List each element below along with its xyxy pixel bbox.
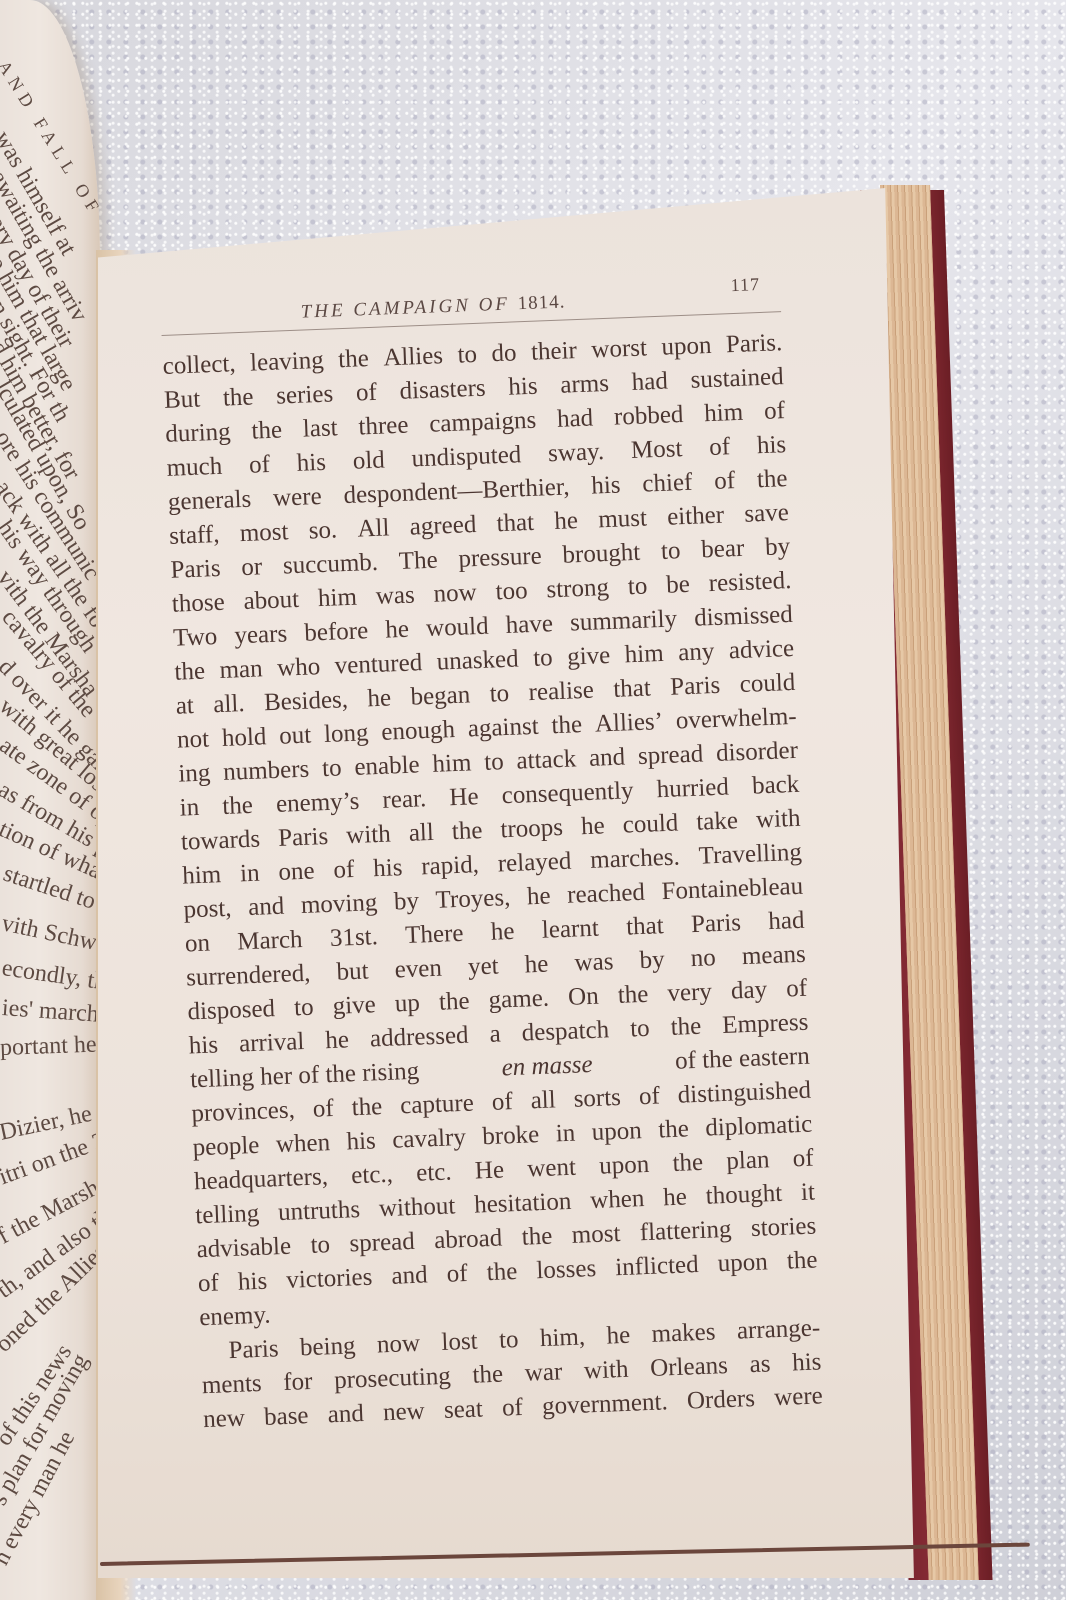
word: losses bbox=[536, 1252, 597, 1288]
word: to bbox=[457, 338, 478, 373]
word: Orleans bbox=[650, 1349, 729, 1386]
word: of bbox=[709, 430, 731, 465]
word: of bbox=[638, 1079, 660, 1114]
word: him bbox=[432, 746, 472, 781]
word: summarily bbox=[569, 602, 677, 640]
word: addressed bbox=[369, 1019, 469, 1057]
word: dismissed bbox=[694, 598, 794, 636]
word: Paris bbox=[170, 552, 221, 588]
word: that bbox=[613, 671, 652, 706]
word: the bbox=[222, 789, 254, 824]
word: capture bbox=[400, 1087, 475, 1124]
word: to bbox=[310, 1228, 331, 1263]
word: before bbox=[304, 614, 369, 650]
word: during bbox=[165, 415, 232, 451]
word: Paris bbox=[670, 669, 721, 705]
word: and bbox=[327, 1397, 364, 1432]
page-text-block: THE CAMPAIGN OF 1814. 117 collect,leavin… bbox=[160, 270, 863, 1437]
word: his bbox=[296, 446, 326, 481]
word: collect, bbox=[162, 347, 236, 384]
word: by bbox=[764, 530, 790, 565]
word: disorder bbox=[715, 734, 798, 771]
word: he bbox=[554, 504, 579, 539]
word: headquarters, bbox=[193, 1160, 328, 1199]
word: inflicted bbox=[615, 1248, 700, 1285]
word: towards bbox=[180, 823, 260, 860]
word: by bbox=[639, 943, 665, 978]
word: Empress bbox=[722, 1006, 809, 1043]
word: Fontainebleau bbox=[661, 870, 804, 909]
word: to bbox=[321, 751, 342, 786]
word: last bbox=[302, 411, 338, 446]
word: realise bbox=[528, 674, 594, 710]
word: the bbox=[472, 1358, 504, 1393]
word: yet bbox=[467, 950, 499, 985]
word: relayed bbox=[497, 845, 572, 882]
word: being bbox=[299, 1329, 356, 1365]
word: Travelling bbox=[698, 836, 802, 874]
word: sorts bbox=[573, 1081, 622, 1117]
word: to bbox=[484, 745, 505, 780]
word: the bbox=[222, 380, 254, 415]
word: generals bbox=[167, 483, 252, 520]
word: a bbox=[489, 1017, 501, 1051]
word: government. bbox=[541, 1385, 668, 1424]
word: or bbox=[241, 550, 263, 585]
word: The bbox=[398, 544, 438, 579]
word: war bbox=[524, 1355, 563, 1390]
word: out bbox=[279, 719, 312, 754]
word: his bbox=[591, 468, 621, 503]
word: could bbox=[739, 666, 796, 702]
word: enable bbox=[354, 748, 420, 784]
word: of bbox=[312, 1092, 334, 1127]
word: means bbox=[741, 938, 806, 974]
word: pressure bbox=[458, 540, 543, 577]
word: rapid, bbox=[421, 848, 480, 884]
word: distinguished bbox=[677, 1074, 812, 1113]
word: arms bbox=[560, 367, 610, 403]
word: and bbox=[391, 1258, 428, 1293]
word: sustained bbox=[690, 360, 784, 398]
word: must bbox=[598, 501, 648, 537]
word: in bbox=[179, 791, 200, 826]
word: give bbox=[567, 639, 611, 675]
word: that bbox=[626, 909, 665, 944]
word: worst bbox=[591, 331, 648, 367]
word: plan bbox=[726, 1143, 770, 1179]
word: the bbox=[658, 1112, 690, 1147]
word: but bbox=[336, 955, 369, 990]
word: those bbox=[171, 586, 225, 622]
word: Most bbox=[630, 432, 683, 468]
word: He bbox=[474, 1153, 504, 1188]
word: their bbox=[530, 334, 577, 370]
word: the bbox=[521, 1220, 553, 1255]
word: the bbox=[174, 655, 206, 690]
word: most bbox=[239, 515, 289, 551]
word: upon bbox=[717, 1245, 768, 1281]
running-head-year: 1814. bbox=[517, 291, 566, 314]
word: his bbox=[237, 1265, 267, 1300]
word: it bbox=[800, 1176, 815, 1211]
word: long bbox=[323, 716, 369, 752]
word: abroad bbox=[434, 1222, 503, 1259]
word: of bbox=[446, 1257, 468, 1292]
word: his bbox=[373, 851, 403, 886]
word: bear bbox=[701, 532, 745, 568]
word: enemy’s bbox=[275, 785, 360, 822]
word: diplomatic bbox=[705, 1108, 813, 1146]
word: He bbox=[449, 780, 479, 815]
word: began bbox=[410, 678, 471, 714]
word: do bbox=[491, 336, 517, 371]
word: arrange- bbox=[736, 1311, 821, 1348]
word: any bbox=[678, 635, 715, 670]
word: one bbox=[278, 855, 315, 890]
word: in bbox=[555, 1117, 576, 1152]
word: 31st. bbox=[329, 920, 378, 956]
word: overwhelm- bbox=[675, 700, 797, 739]
word: up bbox=[394, 987, 420, 1022]
word: be bbox=[666, 568, 691, 603]
word: upon bbox=[599, 1148, 650, 1184]
left-page: AND FALL OF was himself at awaiting the … bbox=[0, 0, 100, 1600]
text-span: of the eastern bbox=[675, 1040, 811, 1079]
word: strong bbox=[546, 571, 610, 607]
word: him bbox=[182, 858, 222, 893]
word: in bbox=[239, 857, 260, 892]
word: the bbox=[451, 814, 483, 849]
word: to bbox=[533, 641, 554, 676]
word: have bbox=[505, 607, 553, 643]
word: with bbox=[755, 802, 801, 838]
word: by bbox=[393, 885, 419, 920]
word: on bbox=[184, 927, 210, 962]
word: was bbox=[574, 945, 614, 980]
word: of bbox=[763, 394, 785, 429]
word: not bbox=[176, 722, 209, 757]
word: agreed bbox=[409, 508, 477, 545]
word: troops bbox=[500, 811, 564, 847]
word: were bbox=[272, 480, 322, 516]
word: numbers bbox=[223, 753, 310, 790]
word: Allies bbox=[383, 339, 444, 375]
word: surrendered, bbox=[186, 957, 311, 996]
page-number: 117 bbox=[730, 274, 760, 296]
word: could bbox=[622, 807, 679, 843]
word: despatch bbox=[521, 1013, 610, 1050]
word: would bbox=[425, 610, 489, 646]
word: was bbox=[375, 578, 415, 613]
left-page-line: portant he should bbox=[0, 1029, 100, 1062]
word: attack bbox=[516, 742, 577, 778]
word: upon bbox=[591, 1114, 642, 1150]
word: enough bbox=[381, 713, 456, 750]
word: with bbox=[583, 1353, 629, 1389]
word: of bbox=[786, 972, 808, 1007]
word: to bbox=[293, 991, 314, 1026]
word: had bbox=[556, 401, 593, 436]
word: had bbox=[631, 365, 668, 400]
word: of bbox=[355, 376, 377, 411]
word: he bbox=[367, 681, 392, 716]
word: had bbox=[768, 904, 805, 939]
word: of bbox=[333, 853, 355, 888]
word: him bbox=[317, 581, 357, 616]
word: Allies’ bbox=[594, 705, 663, 742]
word: ments bbox=[201, 1367, 262, 1403]
word: he bbox=[325, 1023, 350, 1058]
word: the bbox=[338, 342, 370, 377]
word: spread bbox=[637, 737, 704, 773]
word: the bbox=[786, 1243, 818, 1278]
word: undisputed bbox=[411, 438, 522, 476]
word: seat bbox=[443, 1392, 483, 1427]
word: new bbox=[203, 1402, 246, 1438]
word: to bbox=[489, 677, 510, 712]
word: disasters bbox=[399, 372, 486, 409]
running-head-title: THE CAMPAIGN OF 1814. bbox=[300, 291, 565, 323]
word: new bbox=[382, 1395, 425, 1431]
word: the bbox=[617, 978, 649, 1013]
word: of bbox=[501, 1391, 523, 1426]
word: for bbox=[283, 1365, 313, 1400]
left-page-line: ies' march upon Pa bbox=[1, 995, 100, 1035]
word: he bbox=[580, 809, 605, 844]
word: marches. bbox=[590, 840, 681, 877]
word: and bbox=[588, 740, 625, 775]
word: post, bbox=[183, 892, 232, 928]
word: stories bbox=[750, 1210, 817, 1246]
word: moving bbox=[300, 886, 378, 923]
word: either bbox=[667, 499, 725, 535]
word: him, bbox=[539, 1320, 585, 1356]
word: the bbox=[672, 1146, 704, 1181]
word: without bbox=[378, 1189, 456, 1226]
body-text: collect,leavingtheAlliestodotheirworstup… bbox=[162, 311, 864, 1438]
word: Paris bbox=[228, 1332, 279, 1368]
word: he bbox=[606, 1319, 631, 1354]
word: of bbox=[714, 464, 736, 499]
word: him bbox=[624, 637, 664, 672]
word: Orders bbox=[686, 1382, 755, 1419]
word: of bbox=[491, 1085, 513, 1120]
word: series bbox=[276, 377, 334, 413]
word: most bbox=[571, 1217, 621, 1253]
paragraph: collect,leavingtheAlliestodotheirworstup… bbox=[162, 326, 819, 1335]
word: staff, bbox=[169, 518, 221, 554]
word: he bbox=[490, 915, 515, 950]
word: Troyes, bbox=[435, 881, 511, 918]
word: rear. bbox=[382, 782, 427, 818]
word: much bbox=[166, 450, 223, 486]
word: reached bbox=[567, 876, 646, 913]
word: man bbox=[219, 652, 263, 688]
word: the bbox=[351, 1090, 383, 1125]
word: to bbox=[660, 534, 681, 569]
word: very bbox=[667, 975, 713, 1011]
word: now bbox=[433, 576, 477, 612]
word: that bbox=[496, 506, 535, 541]
word: were bbox=[774, 1379, 824, 1415]
word: now bbox=[376, 1327, 420, 1363]
word: campaigns bbox=[429, 404, 537, 442]
word: Besides, bbox=[263, 683, 348, 720]
word: There bbox=[405, 917, 465, 953]
word: unasked bbox=[436, 643, 519, 680]
word: robbed bbox=[613, 398, 684, 435]
word: who bbox=[277, 650, 321, 686]
word: when bbox=[275, 1126, 330, 1162]
word: chief bbox=[642, 466, 693, 502]
word: upon bbox=[661, 329, 712, 365]
word: he bbox=[524, 948, 549, 983]
word: his bbox=[508, 370, 538, 405]
word: hurried bbox=[656, 771, 729, 808]
word: hesitation bbox=[474, 1185, 572, 1223]
word: to bbox=[627, 570, 648, 605]
word: about bbox=[243, 583, 300, 619]
word: consequently bbox=[501, 774, 634, 813]
word: the bbox=[551, 708, 583, 743]
word: three bbox=[358, 409, 409, 445]
word: advice bbox=[728, 632, 794, 668]
word: his bbox=[756, 428, 786, 463]
word: resisted. bbox=[708, 564, 792, 601]
word: the bbox=[251, 413, 283, 448]
word: he bbox=[526, 879, 551, 914]
word: disposed bbox=[187, 992, 276, 1029]
word: as bbox=[749, 1347, 771, 1382]
word: he bbox=[385, 613, 410, 648]
word: makes bbox=[651, 1315, 716, 1351]
word: lost bbox=[441, 1325, 478, 1360]
word: take bbox=[696, 804, 739, 840]
word: of bbox=[197, 1266, 219, 1301]
word: broke bbox=[482, 1118, 540, 1154]
word: the bbox=[486, 1255, 518, 1290]
word: flattering bbox=[639, 1213, 732, 1250]
word: game. bbox=[488, 982, 550, 1018]
word: against bbox=[467, 710, 539, 747]
word: give bbox=[332, 988, 376, 1024]
word: all. bbox=[213, 687, 246, 722]
word: etc. bbox=[416, 1155, 453, 1190]
word: leaving bbox=[250, 344, 325, 381]
word: when bbox=[590, 1182, 645, 1218]
word: arrival bbox=[238, 1025, 304, 1061]
word: thought bbox=[705, 1177, 783, 1214]
word: etc., bbox=[351, 1158, 394, 1194]
running-head-title-text: THE CAMPAIGN OF bbox=[300, 294, 510, 323]
word: Paris bbox=[690, 906, 741, 942]
word: advisable bbox=[196, 1230, 292, 1268]
word: ventured bbox=[334, 646, 423, 683]
word: went bbox=[527, 1151, 577, 1187]
word: base bbox=[263, 1399, 309, 1435]
word: On bbox=[568, 980, 600, 1015]
word: at bbox=[175, 689, 194, 724]
word: succumb. bbox=[282, 546, 378, 584]
word: untruths bbox=[277, 1193, 360, 1230]
word: the bbox=[670, 1010, 702, 1045]
word: of bbox=[248, 448, 270, 483]
word: his bbox=[346, 1124, 376, 1159]
word: all bbox=[530, 1083, 556, 1118]
word: even bbox=[394, 952, 442, 988]
word: save bbox=[744, 496, 790, 532]
word: All bbox=[357, 511, 390, 546]
word: so. bbox=[308, 513, 338, 548]
word: with bbox=[346, 818, 392, 854]
word: too bbox=[495, 574, 528, 609]
word: brought bbox=[562, 536, 641, 573]
word: cavalry bbox=[392, 1121, 467, 1158]
word: back bbox=[751, 768, 799, 804]
word: of bbox=[792, 1142, 814, 1177]
word: Two bbox=[173, 620, 218, 656]
word: Paris bbox=[278, 820, 329, 856]
word: and bbox=[248, 890, 285, 925]
word: the bbox=[438, 985, 470, 1020]
word: learnt bbox=[541, 912, 599, 948]
italic-phrase: en masse bbox=[501, 1048, 593, 1085]
word: no bbox=[690, 941, 716, 976]
word: old bbox=[352, 444, 385, 479]
word: him bbox=[704, 396, 744, 431]
word: he bbox=[663, 1180, 688, 1215]
word: sway. bbox=[548, 435, 605, 471]
word: people bbox=[192, 1129, 260, 1166]
word: provinces, bbox=[191, 1093, 296, 1131]
word: Paris. bbox=[725, 326, 783, 362]
word: to bbox=[630, 1012, 651, 1047]
word: all bbox=[408, 816, 434, 851]
word: his bbox=[792, 1345, 822, 1380]
word: hold bbox=[221, 720, 267, 756]
word: But bbox=[163, 383, 200, 418]
word: March bbox=[237, 923, 304, 959]
word: prosecuting bbox=[334, 1360, 452, 1398]
word: ing bbox=[178, 756, 211, 791]
word: spread bbox=[349, 1225, 416, 1261]
word: telling bbox=[195, 1197, 260, 1233]
word: day bbox=[730, 973, 767, 1008]
word: years bbox=[234, 617, 288, 653]
word: victories bbox=[286, 1261, 373, 1298]
word: his bbox=[188, 1028, 218, 1063]
word: to bbox=[498, 1323, 519, 1358]
word: the bbox=[756, 462, 788, 497]
